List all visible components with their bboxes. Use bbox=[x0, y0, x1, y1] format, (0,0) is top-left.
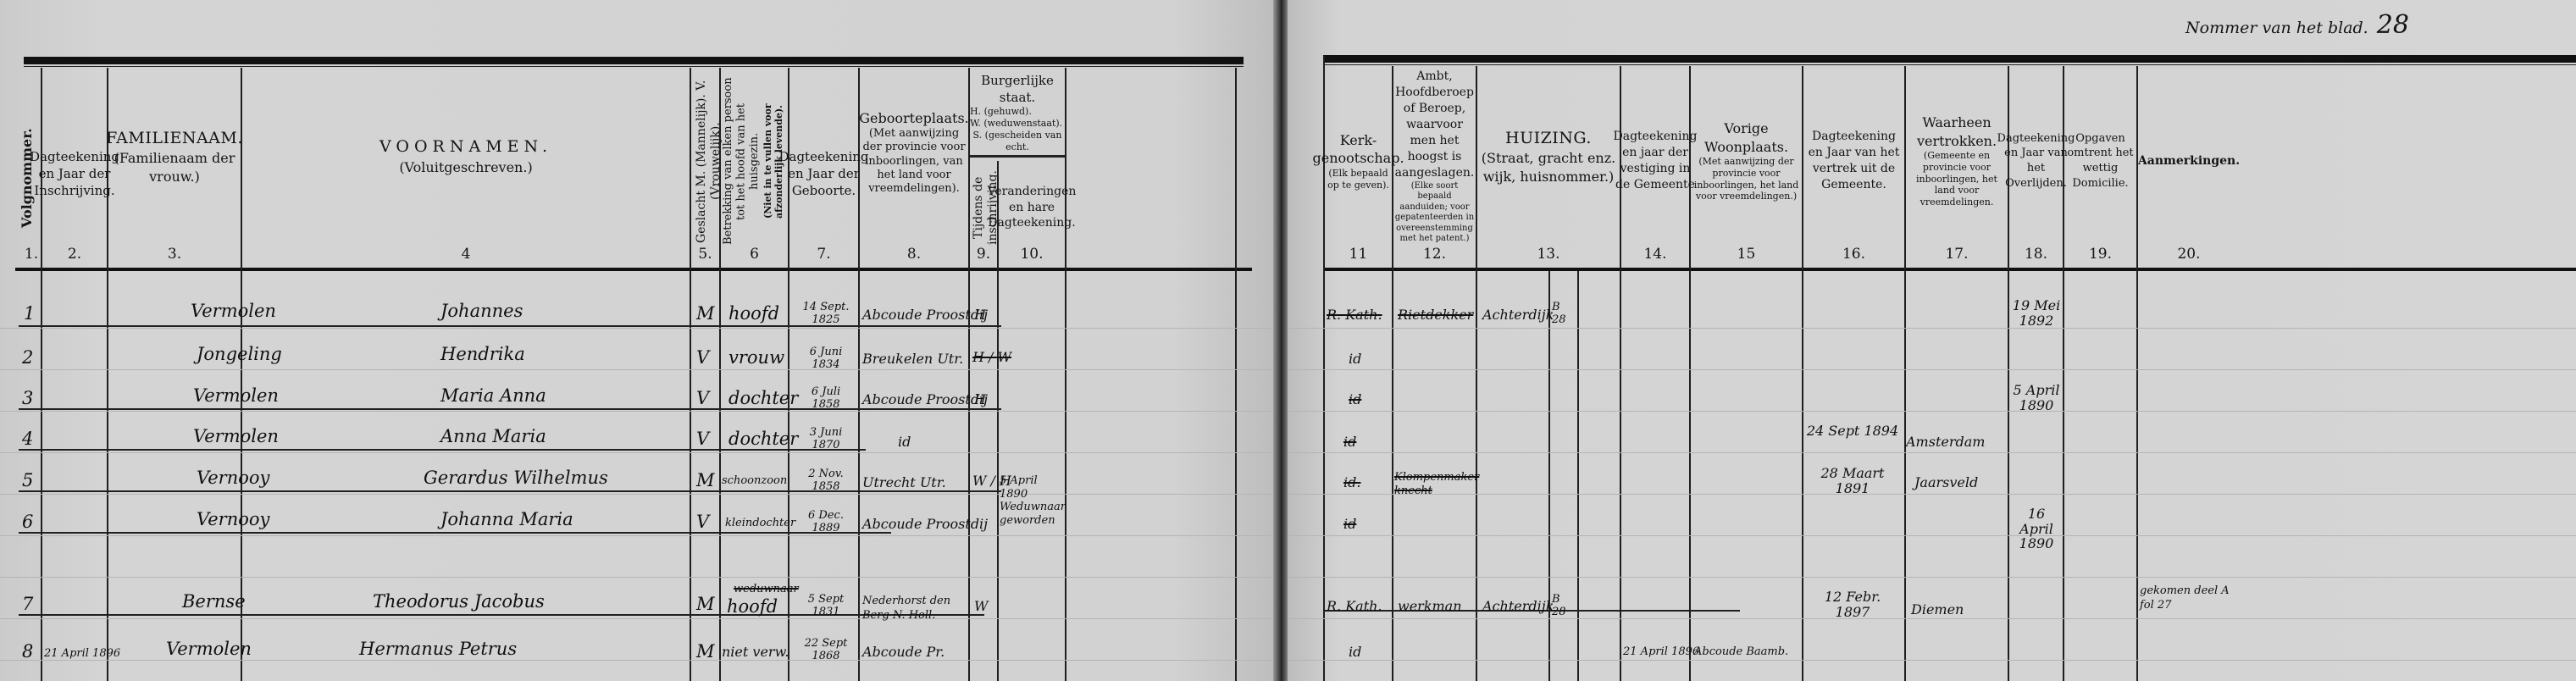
header-title: HUIZING. bbox=[1505, 128, 1592, 150]
row-7-given: Theodorus Jacobus bbox=[373, 591, 545, 612]
row-8-birth: 22 Sept 1868 bbox=[796, 637, 856, 662]
header-subtitle: (Elke soort bepaald aanduiden; voor gepa… bbox=[1393, 181, 1476, 245]
colnum-3: 3. bbox=[108, 246, 241, 263]
row-3-sex: V bbox=[696, 388, 709, 408]
row-8-relation: niet verw. bbox=[722, 644, 789, 660]
ruled-line bbox=[1288, 328, 2576, 329]
legend-weduwenstaat: W. (weduwenstaat). bbox=[970, 118, 1062, 130]
row-6-nr: 6 bbox=[22, 512, 33, 532]
header-bottom-rule bbox=[1323, 268, 2576, 271]
row-5-destination: Jaarsveld bbox=[1914, 474, 1978, 490]
header-overlijden: Dagteekening en Jaar van het Overlijden. bbox=[2009, 85, 2063, 237]
row-1-nr: 1 bbox=[24, 303, 35, 324]
sheet-number-label: Nommer van het blad.28 bbox=[2185, 10, 2409, 40]
header-geboorteplaats: Geboorteplaats. (Met aanwijzing der prov… bbox=[860, 102, 968, 203]
colnum-16: 16. bbox=[1803, 246, 1904, 263]
row-5-church: id. bbox=[1343, 474, 1360, 490]
ruled-line bbox=[1288, 577, 2576, 578]
ruled-line bbox=[0, 494, 1275, 495]
row-8-reg-date: 21 April 1896 bbox=[44, 647, 120, 660]
colnum-19: 19. bbox=[2064, 246, 2136, 263]
header-subtitle: (Elk bepaald op te geven). bbox=[1325, 168, 1392, 191]
colnum-5: 5. bbox=[691, 246, 719, 263]
row-2-civil: H / W bbox=[972, 349, 1011, 365]
header-vorige-woonplaats: Vorige Woonplaats. (Met aanwijzing der p… bbox=[1691, 85, 1802, 237]
row-strike-line bbox=[19, 449, 866, 451]
row-6-birthplace: Abcoude Proostdij bbox=[862, 516, 988, 532]
row-6-given: Johanna Maria bbox=[440, 509, 573, 529]
row-7-nr: 7 bbox=[22, 594, 33, 614]
colnum-10: 10. bbox=[999, 246, 1065, 263]
header-aanmerkingen: Aanmerkingen. bbox=[2138, 119, 2240, 203]
row-5-occupation: Klompenmaker knecht bbox=[1394, 471, 1474, 497]
ruled-line bbox=[0, 535, 1275, 536]
row-7-birthplace: Nederhorst den Berg N. Holl. bbox=[862, 595, 967, 623]
header-title: Geboorteplaats. bbox=[859, 109, 968, 128]
header-title: VOORNAMEN. bbox=[379, 136, 552, 158]
row-4-left-date: 24 Sept 1894 bbox=[1806, 424, 1899, 439]
header-geboorte: Dagteekening en Jaar der Geboorte. bbox=[789, 93, 858, 254]
ruled-line bbox=[1288, 535, 2576, 536]
ruled-line bbox=[1288, 369, 2576, 370]
row-2-church: id bbox=[1349, 351, 1361, 367]
row-1-occupation: Rietdekker bbox=[1398, 307, 1473, 323]
ledger-page-right: Nommer van het blad.28 Kerk-genootschap.… bbox=[1288, 0, 2576, 681]
row-7-relation: hoofd bbox=[727, 596, 778, 617]
header-text: Dagteekening en Jaar der Inschrijving. bbox=[30, 148, 119, 200]
sheet-number-caption: Nommer van het blad. bbox=[2185, 19, 2368, 37]
row-8-surname: Vermolen bbox=[166, 639, 252, 659]
colnum-13: 13. bbox=[1477, 246, 1620, 263]
row-7-occupation: werkman bbox=[1398, 598, 1462, 614]
row-5-birthplace: Utrecht Utr. bbox=[862, 474, 946, 490]
header-vertrek: Dagteekening en Jaar van het vertrek uit… bbox=[1803, 85, 1904, 237]
colnum-20: 20. bbox=[2138, 246, 2240, 263]
row-4-surname: Vermolen bbox=[193, 426, 279, 446]
row-7-street: Achterdijk bbox=[1482, 598, 1554, 614]
header-kerkgenootschap: Kerk-genootschap. (Elk bepaald op te gev… bbox=[1325, 102, 1392, 220]
row-strike-line bbox=[19, 532, 891, 534]
ruled-line bbox=[0, 577, 1275, 578]
row-1-birth: 14 Sept. 1825 bbox=[796, 301, 856, 326]
header-text: Dagteekening en Jaar van het vertrek uit… bbox=[1803, 129, 1904, 193]
header-subtitle: (Straat, gracht enz. wijk, huisnommer.) bbox=[1477, 149, 1620, 185]
row-1-church: R. Kath. bbox=[1327, 307, 1382, 323]
row-6-relation: kleindochter bbox=[725, 517, 795, 529]
header-title: FAMILIENAAM. bbox=[106, 128, 243, 150]
row-1-birthplace: Abcoude Proostdij bbox=[862, 307, 988, 323]
colnum-8: 8. bbox=[860, 246, 968, 263]
row-7-wijk: B 28 bbox=[1552, 593, 1576, 618]
col-divider bbox=[968, 68, 970, 681]
row-3-civil: H bbox=[974, 391, 986, 407]
col-divider bbox=[690, 68, 691, 681]
row-5-relation: schoonzoon bbox=[722, 474, 787, 487]
ledger-page-left: Volgnommer. Dagteekening en Jaar der Ins… bbox=[0, 0, 1275, 681]
row-6-birth: 6 Dec. 1889 bbox=[796, 509, 856, 534]
col-divider bbox=[1577, 271, 1579, 681]
row-5-nr: 5 bbox=[22, 470, 33, 490]
colnum-11: 11 bbox=[1325, 246, 1392, 263]
header-top-thin-rule bbox=[24, 66, 1244, 67]
row-1-street: Achterdijk bbox=[1482, 307, 1554, 323]
header-betrekking: Betrekking van elken persoon tot het hoo… bbox=[722, 75, 761, 248]
row-3-birthplace: Abcoude Proostdij bbox=[862, 391, 988, 407]
row-4-relation: dochter bbox=[728, 429, 798, 449]
colnum-4: 4 bbox=[242, 246, 690, 263]
row-1-sex: M bbox=[696, 303, 715, 324]
ruled-line bbox=[1288, 660, 2576, 661]
row-8-church: id bbox=[1349, 644, 1361, 660]
colnum-7: 7. bbox=[789, 246, 858, 263]
row-2-sex: V bbox=[696, 347, 709, 368]
colnum-12: 12. bbox=[1393, 246, 1476, 263]
header-top-thin-rule bbox=[1323, 64, 2576, 65]
row-8-nr: 8 bbox=[22, 641, 33, 662]
row-5-sex: M bbox=[696, 470, 715, 490]
header-text: Opgaven omtrent het wettig Domicilie. bbox=[2064, 131, 2136, 191]
row-4-sex: V bbox=[696, 429, 709, 449]
row-7-destination: Diemen bbox=[1911, 601, 1964, 617]
header-subtitle: (Familienaam der vrouw.) bbox=[108, 149, 241, 185]
header-title: Kerk-genootschap. bbox=[1312, 131, 1404, 168]
colnum-18: 18. bbox=[2009, 246, 2063, 263]
header-voornamen: VOORNAMEN. (Voluitgeschreven.) bbox=[242, 110, 690, 203]
header-text: Dagteekening en Jaar van het Overlijden. bbox=[1997, 131, 2075, 191]
header-ambt: Ambt, Hoofdberoep of Beroep, waarvoor me… bbox=[1393, 72, 1476, 241]
row-6-church: id bbox=[1343, 516, 1356, 532]
sheet-number-value: 28 bbox=[2377, 10, 2409, 40]
row-1-surname: Vermolen bbox=[191, 301, 276, 321]
row-4-destination: Amsterdam bbox=[1906, 434, 1985, 450]
legend-gehuwd: H. (gehuwd). bbox=[970, 106, 1032, 118]
ruled-line bbox=[0, 328, 1275, 329]
row-8-sex: M bbox=[696, 641, 715, 662]
ruled-line bbox=[1288, 411, 2576, 412]
header-burgerlijke-staat: Burgerlijke staat. H. (gehuwd). W. (wedu… bbox=[970, 72, 1065, 152]
row-5-surname: Vernooy bbox=[197, 468, 269, 488]
row-8-given: Hermanus Petrus bbox=[359, 639, 517, 659]
header-text: Veranderingen en hare Dagteekening. bbox=[988, 184, 1077, 232]
row-5-given: Gerardus Wilhelmus bbox=[424, 468, 608, 488]
ruled-line bbox=[0, 369, 1275, 370]
ruled-line bbox=[1288, 618, 2576, 619]
colnum-2: 2. bbox=[42, 246, 107, 263]
header-top-rule bbox=[24, 57, 1244, 64]
row-6-sex: V bbox=[696, 512, 709, 532]
row-5-left-date: 28 Maart 1891 bbox=[1806, 466, 1899, 496]
row-5-changes: 5 April 1890 Weduwnaar geworden bbox=[1000, 474, 1066, 527]
legend-gescheiden: S. (gescheiden van echt. bbox=[970, 130, 1065, 153]
header-vestiging: Dagteekening en jaar der vestiging in de… bbox=[1621, 85, 1689, 237]
ruled-line bbox=[0, 452, 1275, 453]
row-7-civil: W bbox=[974, 598, 988, 614]
header-text: Aanmerkingen. bbox=[2138, 153, 2240, 169]
row-4-birthplace: id bbox=[898, 434, 911, 450]
row-2-birth: 6 Juni 1834 bbox=[796, 346, 856, 371]
header-domicilie: Opgaven omtrent het wettig Domicilie. bbox=[2064, 85, 2136, 237]
row-3-nr: 3 bbox=[22, 388, 33, 408]
book-gutter bbox=[1273, 0, 1288, 681]
row-3-given: Maria Anna bbox=[440, 385, 546, 406]
colnum-1: 1. bbox=[22, 246, 41, 263]
row-5-birth: 2 Nov. 1858 bbox=[796, 468, 856, 493]
row-1-civil: H bbox=[974, 307, 986, 323]
row-4-church: id bbox=[1343, 434, 1356, 450]
colnum-17: 17. bbox=[1906, 246, 2008, 263]
header-geslacht: Geslacht M. (Mannelijk). V. (Vrouwelijk)… bbox=[695, 75, 717, 248]
header-subtitle: (Met aanwijzing der provincie voor inboo… bbox=[860, 127, 968, 196]
header-text: Dagteekening en Jaar der Geboorte. bbox=[778, 148, 868, 200]
header-title: Ambt, Hoofdberoep of Beroep, waarvoor me… bbox=[1393, 69, 1476, 180]
header-title: Vorige Woonplaats. bbox=[1691, 119, 1802, 156]
ruled-line bbox=[1288, 452, 2576, 453]
header-familienaam: FAMILIENAAM. (Familienaam der vrouw.) bbox=[108, 110, 241, 203]
header-subtitle: (Met aanwijzing der provincie voor inboo… bbox=[1691, 156, 1802, 202]
page-edge-line bbox=[1235, 68, 1237, 681]
row-8-birthplace: Abcoude Pr. bbox=[862, 644, 945, 660]
ruled-line bbox=[1288, 494, 2576, 495]
colnum-14: 14. bbox=[1621, 246, 1689, 263]
header-subtitle: (Gemeente en provincie voor inboorlingen… bbox=[1906, 150, 2008, 208]
header-inschrijving: Dagteekening en Jaar der Inschrijving. bbox=[42, 93, 107, 254]
row-7-church: R. Kath. bbox=[1327, 598, 1382, 614]
row-2-surname: Jongeling bbox=[197, 344, 282, 364]
row-3-birth: 6 Juli 1858 bbox=[796, 385, 856, 411]
colnum-9: 9. bbox=[970, 246, 997, 263]
row-7-notes: gekomen deel A fol 27 bbox=[2140, 584, 2240, 613]
row-4-given: Anna Maria bbox=[440, 426, 546, 446]
row-8-settle-date: 21 April 1896 bbox=[1623, 645, 1699, 658]
header-veranderingen: Veranderingen en hare Dagteekening. bbox=[999, 165, 1065, 250]
header-title: Waarheen vertrokken. bbox=[1906, 113, 2008, 150]
ruled-line bbox=[0, 618, 1275, 619]
row-7-birth: 5 Sept 1831 bbox=[796, 593, 856, 618]
row-7-left-date: 12 Febr. 1897 bbox=[1806, 590, 1899, 619]
row-3-surname: Vermolen bbox=[193, 385, 279, 406]
row-6-surname: Vernooy bbox=[197, 509, 269, 529]
ruled-line bbox=[0, 411, 1275, 412]
burgerlijke-staat-rule bbox=[970, 155, 1065, 158]
header-text: Dagteekening en jaar der vestiging in de… bbox=[1614, 129, 1698, 193]
row-4-nr: 4 bbox=[22, 429, 33, 449]
ruled-line bbox=[0, 660, 1275, 661]
row-7-surname: Bernse bbox=[182, 591, 246, 612]
row-7-sex: M bbox=[696, 594, 715, 614]
colnum-6: 6 bbox=[721, 246, 788, 263]
col-divider bbox=[1548, 271, 1550, 681]
row-1-given: Johannes bbox=[440, 301, 523, 321]
header-subtitle: (Voluitgeschreven.) bbox=[399, 158, 532, 177]
row-3-relation: dochter bbox=[728, 388, 798, 408]
colnum-15: 15 bbox=[1691, 246, 1802, 263]
row-3-church: id bbox=[1349, 391, 1361, 407]
header-top-rule bbox=[1323, 55, 2576, 63]
row-4-birth: 3 Juni 1870 bbox=[796, 426, 856, 451]
row-2-given: Hendrika bbox=[440, 344, 525, 364]
row-2-relation: vrouw bbox=[728, 347, 784, 368]
header-title: Burgerlijke staat. bbox=[970, 72, 1065, 107]
row-6-death: 16 April 1890 bbox=[2011, 507, 2062, 551]
row-7-relation-struck: weduwnaar bbox=[734, 583, 799, 595]
header-bottom-rule bbox=[15, 268, 1252, 271]
row-2-birthplace: Breukelen Utr. bbox=[862, 351, 963, 367]
row-1-death: 19 Mei 1892 bbox=[2011, 298, 2062, 328]
col-divider bbox=[1065, 68, 1066, 681]
header-waarheen: Waarheen vertrokken. (Gemeente en provin… bbox=[1906, 85, 2008, 237]
row-2-nr: 2 bbox=[22, 347, 33, 368]
row-1-wijk: B 28 bbox=[1552, 301, 1576, 326]
row-3-death: 5 April 1890 bbox=[2011, 383, 2062, 412]
row-8-prev-place: Abcoude Baamb. bbox=[1694, 645, 1788, 658]
header-huizing: HUIZING. (Straat, gracht enz. wijk, huis… bbox=[1477, 102, 1620, 212]
row-1-relation: hoofd bbox=[728, 303, 779, 324]
